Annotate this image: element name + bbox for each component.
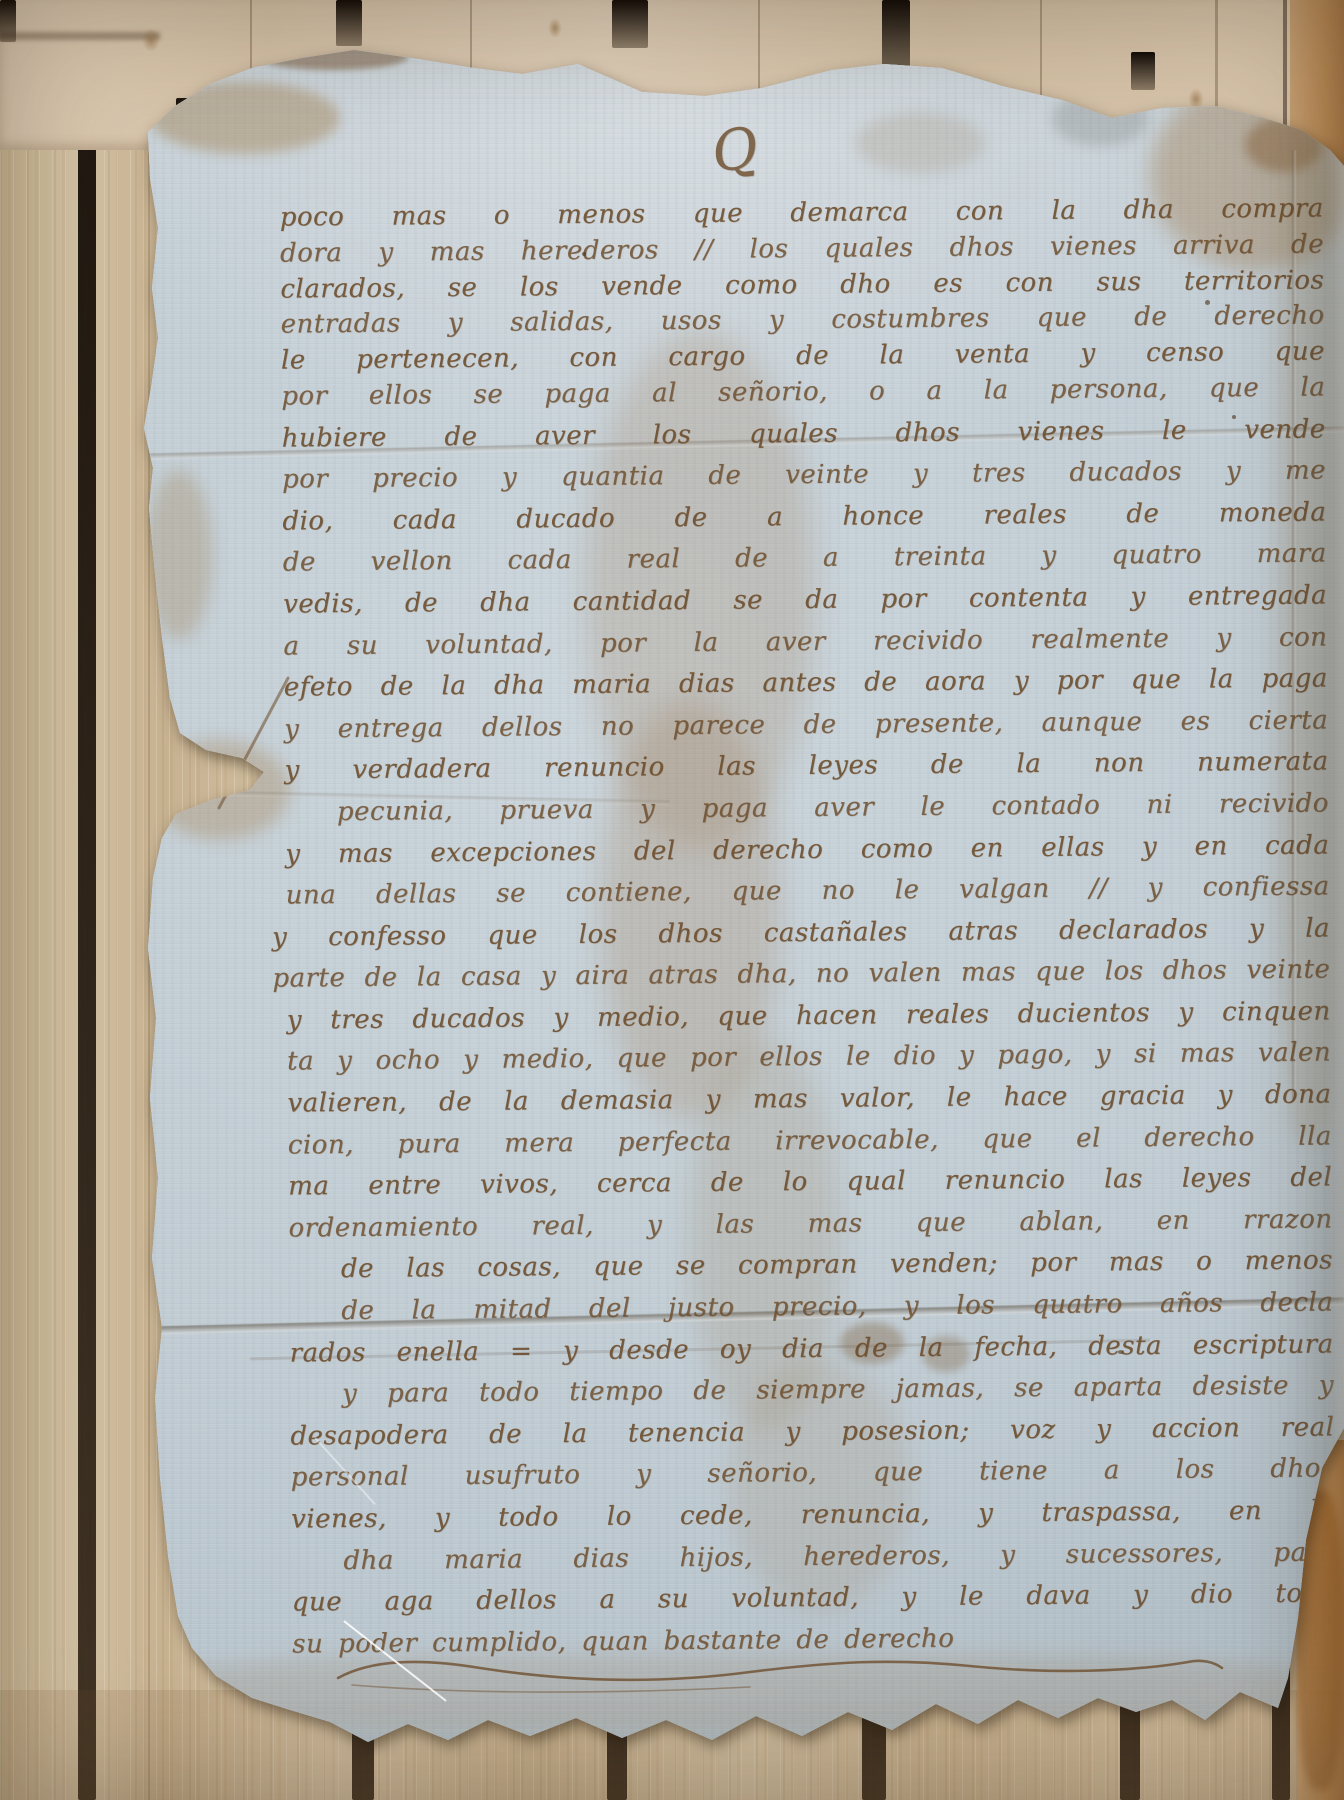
paper-edge-shading: [0, 0, 1344, 1800]
paper-wrapper: Q poco mas o menos que demarca con la dh…: [0, 0, 1344, 1800]
manuscript-page: Q poco mas o menos que demarca con la dh…: [0, 0, 1344, 1800]
photograph-scene: Q poco mas o menos que demarca con la dh…: [0, 0, 1344, 1800]
